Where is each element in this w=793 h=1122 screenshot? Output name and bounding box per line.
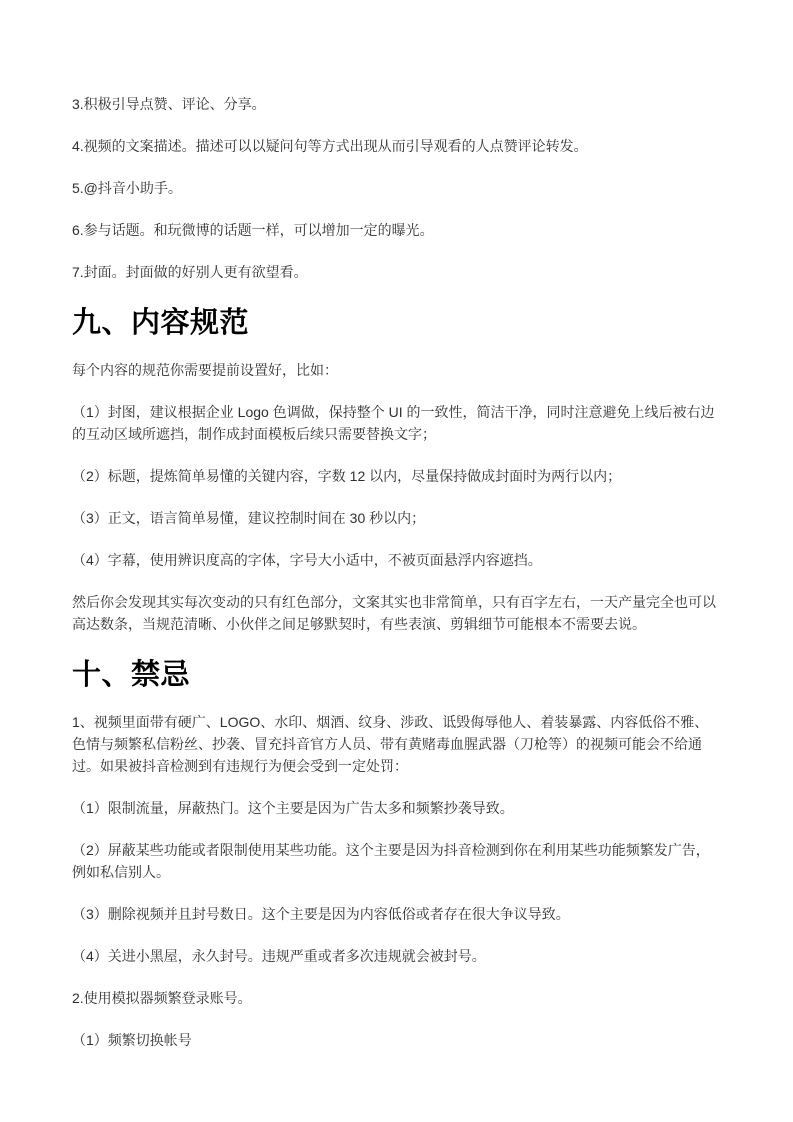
section-ten-rule-2: 2.使用模拟器频繁登录账号。 <box>72 987 722 1009</box>
tip-item-3: 3.积极引导点赞、评论、分享。 <box>72 93 722 115</box>
section-nine-summary: 然后你会发现其实每次变动的只有红色部分，文案其实也非常简单，只有百字左右，一天产… <box>72 591 722 635</box>
section-ten-penalty-4: （4）关进小黑屋，永久封号。违规严重或者多次违规就会被封号。 <box>72 945 722 967</box>
section-ten-penalty-1: （1）限制流量，屏蔽热门。这个主要是因为广告太多和频繁抄袭导致。 <box>72 797 722 819</box>
tip-item-4: 4.视频的文案描述。描述可以以疑问句等方式出现从而引导观看的人点赞评论转发。 <box>72 135 722 157</box>
section-nine-heading: 九、内容规范 <box>72 303 722 343</box>
tip-item-5: 5.@抖音小助手。 <box>72 177 722 199</box>
section-ten-heading: 十、禁忌 <box>72 655 722 695</box>
section-ten-penalty-2: （2）屏蔽某些功能或者限制使用某些功能。这个主要是因为抖音检测到你在利用某些功能… <box>72 839 722 883</box>
section-ten-rule-1: 1、视频里面带有硬广、LOGO、水印、烟酒、纹身、涉政、诋毁侮辱他人、着装暴露、… <box>72 711 722 777</box>
tip-item-6: 6.参与话题。和玩微博的话题一样，可以增加一定的曝光。 <box>72 219 722 241</box>
section-nine-point-2: （2）标题，提炼简单易懂的关键内容，字数 12 以内，尽量保持做成封面时为两行以… <box>72 465 722 487</box>
section-nine-point-1: （1）封图，建议根据企业 Logo 色调做，保持整个 UI 的一致性，简洁干净，… <box>72 401 722 445</box>
section-nine-intro: 每个内容的规范你需要提前设置好，比如： <box>72 359 722 381</box>
section-nine-point-3: （3）正文，语言简单易懂，建议控制时间在 30 秒以内； <box>72 507 722 529</box>
section-nine-point-4: （4）字幕，使用辨识度高的字体，字号大小适中，不被页面悬浮内容遮挡。 <box>72 549 722 571</box>
section-ten-rule-2-sub-1: （1）频繁切换帐号 <box>72 1029 722 1051</box>
tip-item-7: 7.封面。封面做的好别人更有欲望看。 <box>72 261 722 283</box>
section-ten-penalty-3: （3）删除视频并且封号数日。这个主要是因为内容低俗或者存在很大争议导致。 <box>72 903 722 925</box>
document-page: 3.积极引导点赞、评论、分享。 4.视频的文案描述。描述可以以疑问句等方式出现从… <box>0 0 793 1122</box>
